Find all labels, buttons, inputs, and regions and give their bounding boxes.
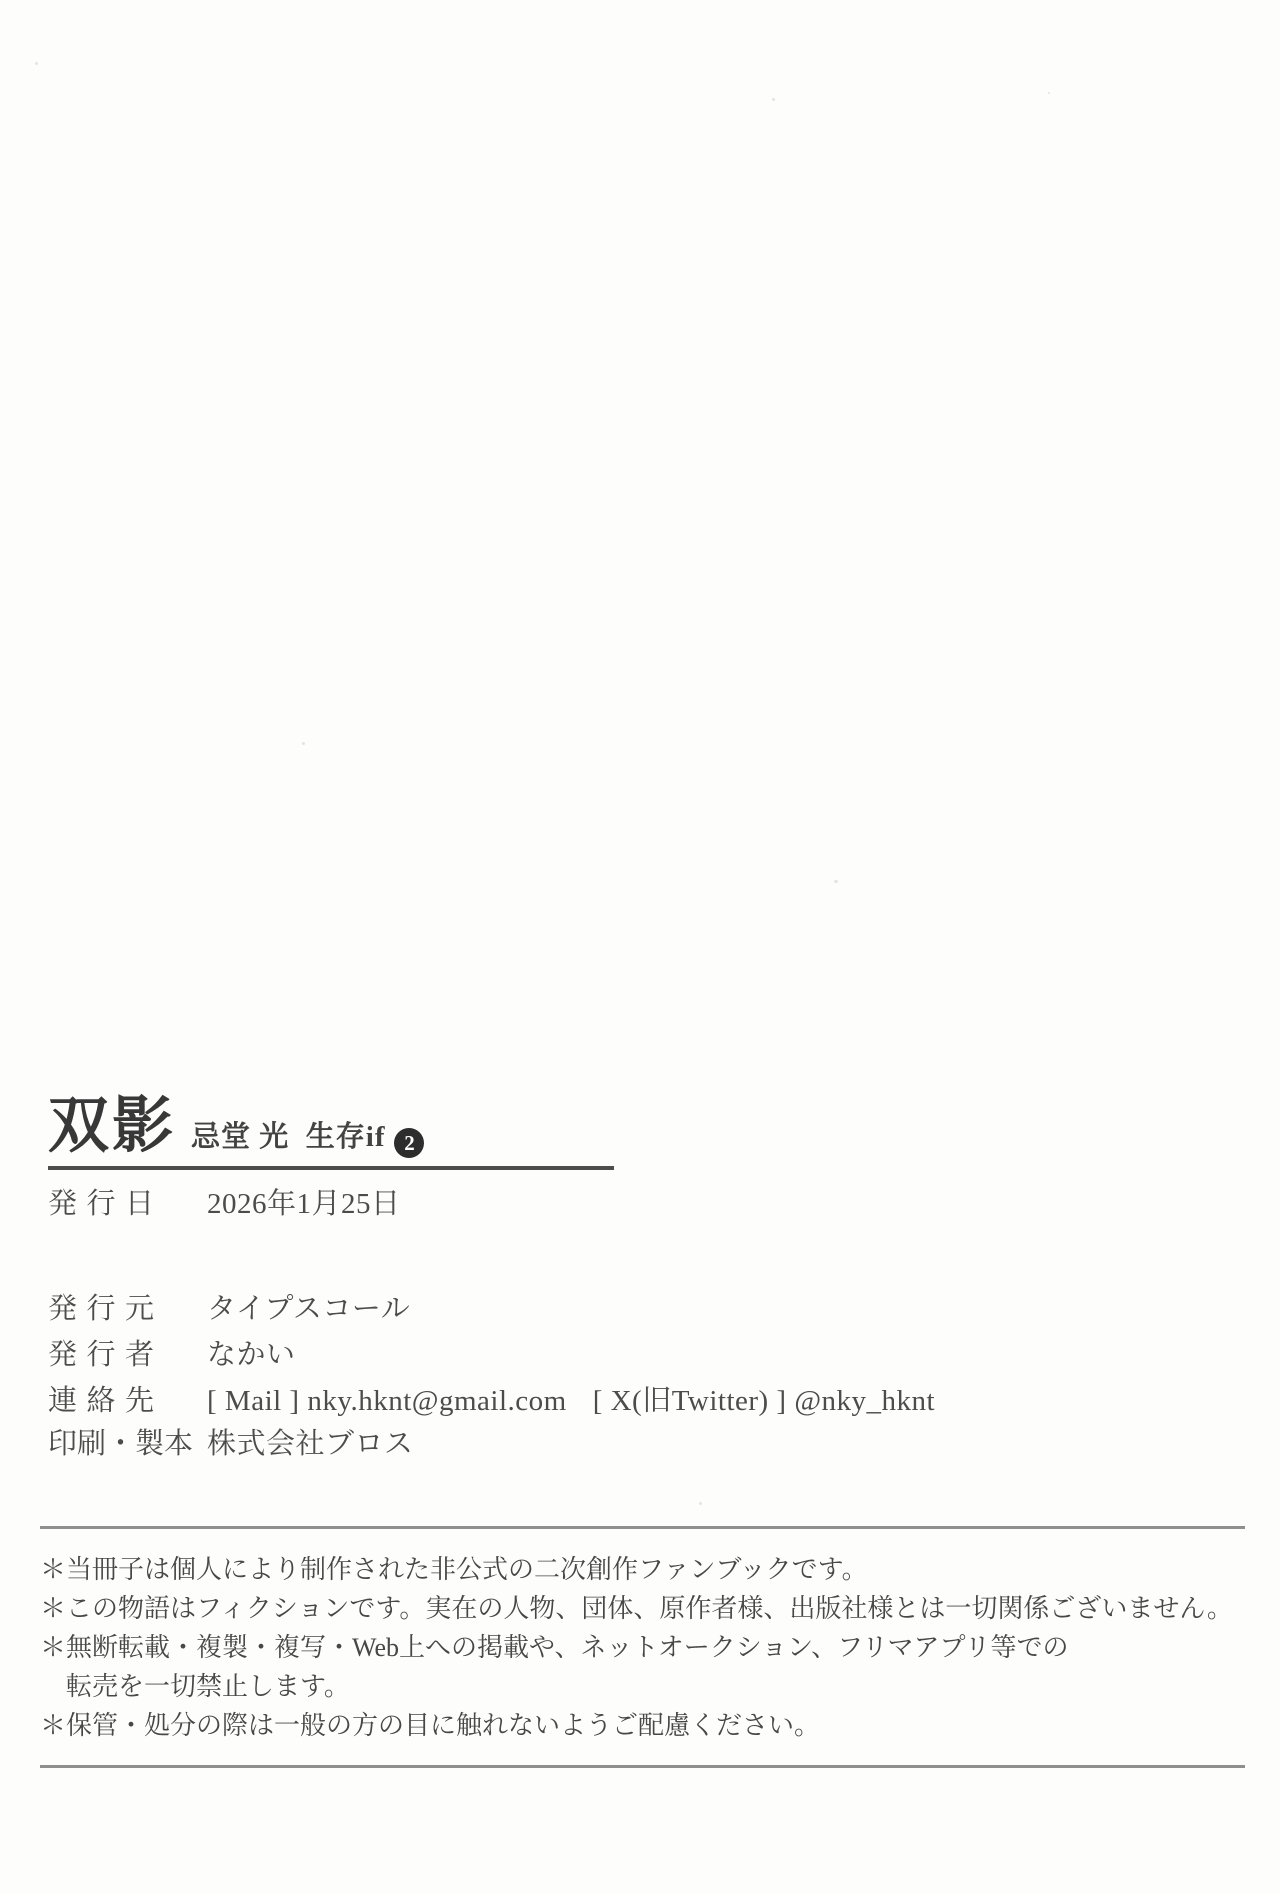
printer-row: 印刷・製本 株式会社ブロス [48, 1421, 414, 1462]
scan-speck [35, 62, 38, 65]
scan-speck [1048, 92, 1050, 94]
notice-text: 保管・処分の際は一般の方の目に触れないようご配慮ください。 [66, 1711, 820, 1740]
book-subtitle: 忌堂 光 生存if [191, 1114, 385, 1155]
publication-date-label: 発 行 日 [48, 1181, 154, 1222]
scan-speck [699, 1502, 702, 1505]
asterisk-bullet: ＊ [40, 1550, 66, 1589]
notice-text: 転売を一切禁止します。 [66, 1672, 350, 1701]
publication-date-value: 2026年1月25日 [207, 1181, 401, 1222]
book-title: 双影 [48, 1096, 176, 1157]
printer-value: 株式会社ブロス [207, 1421, 414, 1462]
asterisk-bullet: ＊ [40, 1706, 66, 1745]
notice-no-reproduction-cont: 転売を一切禁止します。 [66, 1667, 1265, 1706]
printer-label: 印刷・製本 [48, 1421, 154, 1462]
asterisk-bullet: ＊ [40, 1628, 66, 1667]
notice-storage: ＊保管・処分の際は一般の方の目に触れないようご配慮ください。 [40, 1706, 1265, 1745]
notice-text: 当冊子は個人により制作された非公式の二次創作ファンブックです。 [66, 1555, 868, 1584]
contact-mail: [ Mail ] nky.hknt@gmail.com [207, 1385, 567, 1418]
title-underline [48, 1166, 614, 1170]
publisher-person-label: 発 行 者 [48, 1332, 154, 1373]
publisher-person-row: 発 行 者 なかい [48, 1332, 296, 1373]
scan-speck [302, 742, 305, 745]
publisher-person-value: なかい [207, 1332, 296, 1373]
contact-twitter: [ X(旧Twitter) ] @nky_hknt [593, 1378, 935, 1419]
contact-row: 連 絡 先 [ Mail ] nky.hknt@gmail.com [ X(旧T… [48, 1378, 935, 1419]
notice-fiction: ＊この物語はフィクションです。実在の人物、団体、原作者様、出版社様とは一切関係ご… [40, 1589, 1265, 1628]
notice-text: 無断転載・複製・複写・Web上への掲載や、ネットオークション、フリマアプリ等での [66, 1633, 1069, 1662]
scan-speck [772, 98, 775, 101]
notice-no-reproduction: ＊無断転載・複製・複写・Web上への掲載や、ネットオークション、フリマアプリ等で… [40, 1628, 1265, 1667]
notice-text: この物語はフィクションです。実在の人物、団体、原作者様、出版社様とは一切関係ござ… [66, 1594, 1233, 1623]
notice-unofficial: ＊当冊子は個人により制作された非公式の二次創作ファンブックです。 [40, 1550, 1265, 1589]
publisher-circle-value: タイプスコール [207, 1286, 410, 1327]
publication-date-row: 発 行 日 2026年1月25日 [48, 1181, 401, 1222]
volume-number-badge: 2 [394, 1128, 424, 1158]
notices-bottom-rule [40, 1765, 1245, 1768]
colophon-page: 双影 忌堂 光 生存if 2 発 行 日 2026年1月25日 発 行 元 タイ… [0, 0, 1280, 1893]
publisher-circle-label: 発 行 元 [48, 1286, 154, 1327]
scan-speck [834, 880, 838, 883]
notices-block: ＊当冊子は個人により制作された非公式の二次創作ファンブックです。 ＊この物語はフ… [40, 1550, 1265, 1745]
publisher-circle-row: 発 行 元 タイプスコール [48, 1286, 410, 1327]
title-block: 双影 忌堂 光 生存if 2 [48, 1096, 424, 1157]
asterisk-bullet: ＊ [40, 1589, 66, 1628]
notices-top-rule [40, 1526, 1245, 1529]
contact-label: 連 絡 先 [48, 1378, 154, 1419]
